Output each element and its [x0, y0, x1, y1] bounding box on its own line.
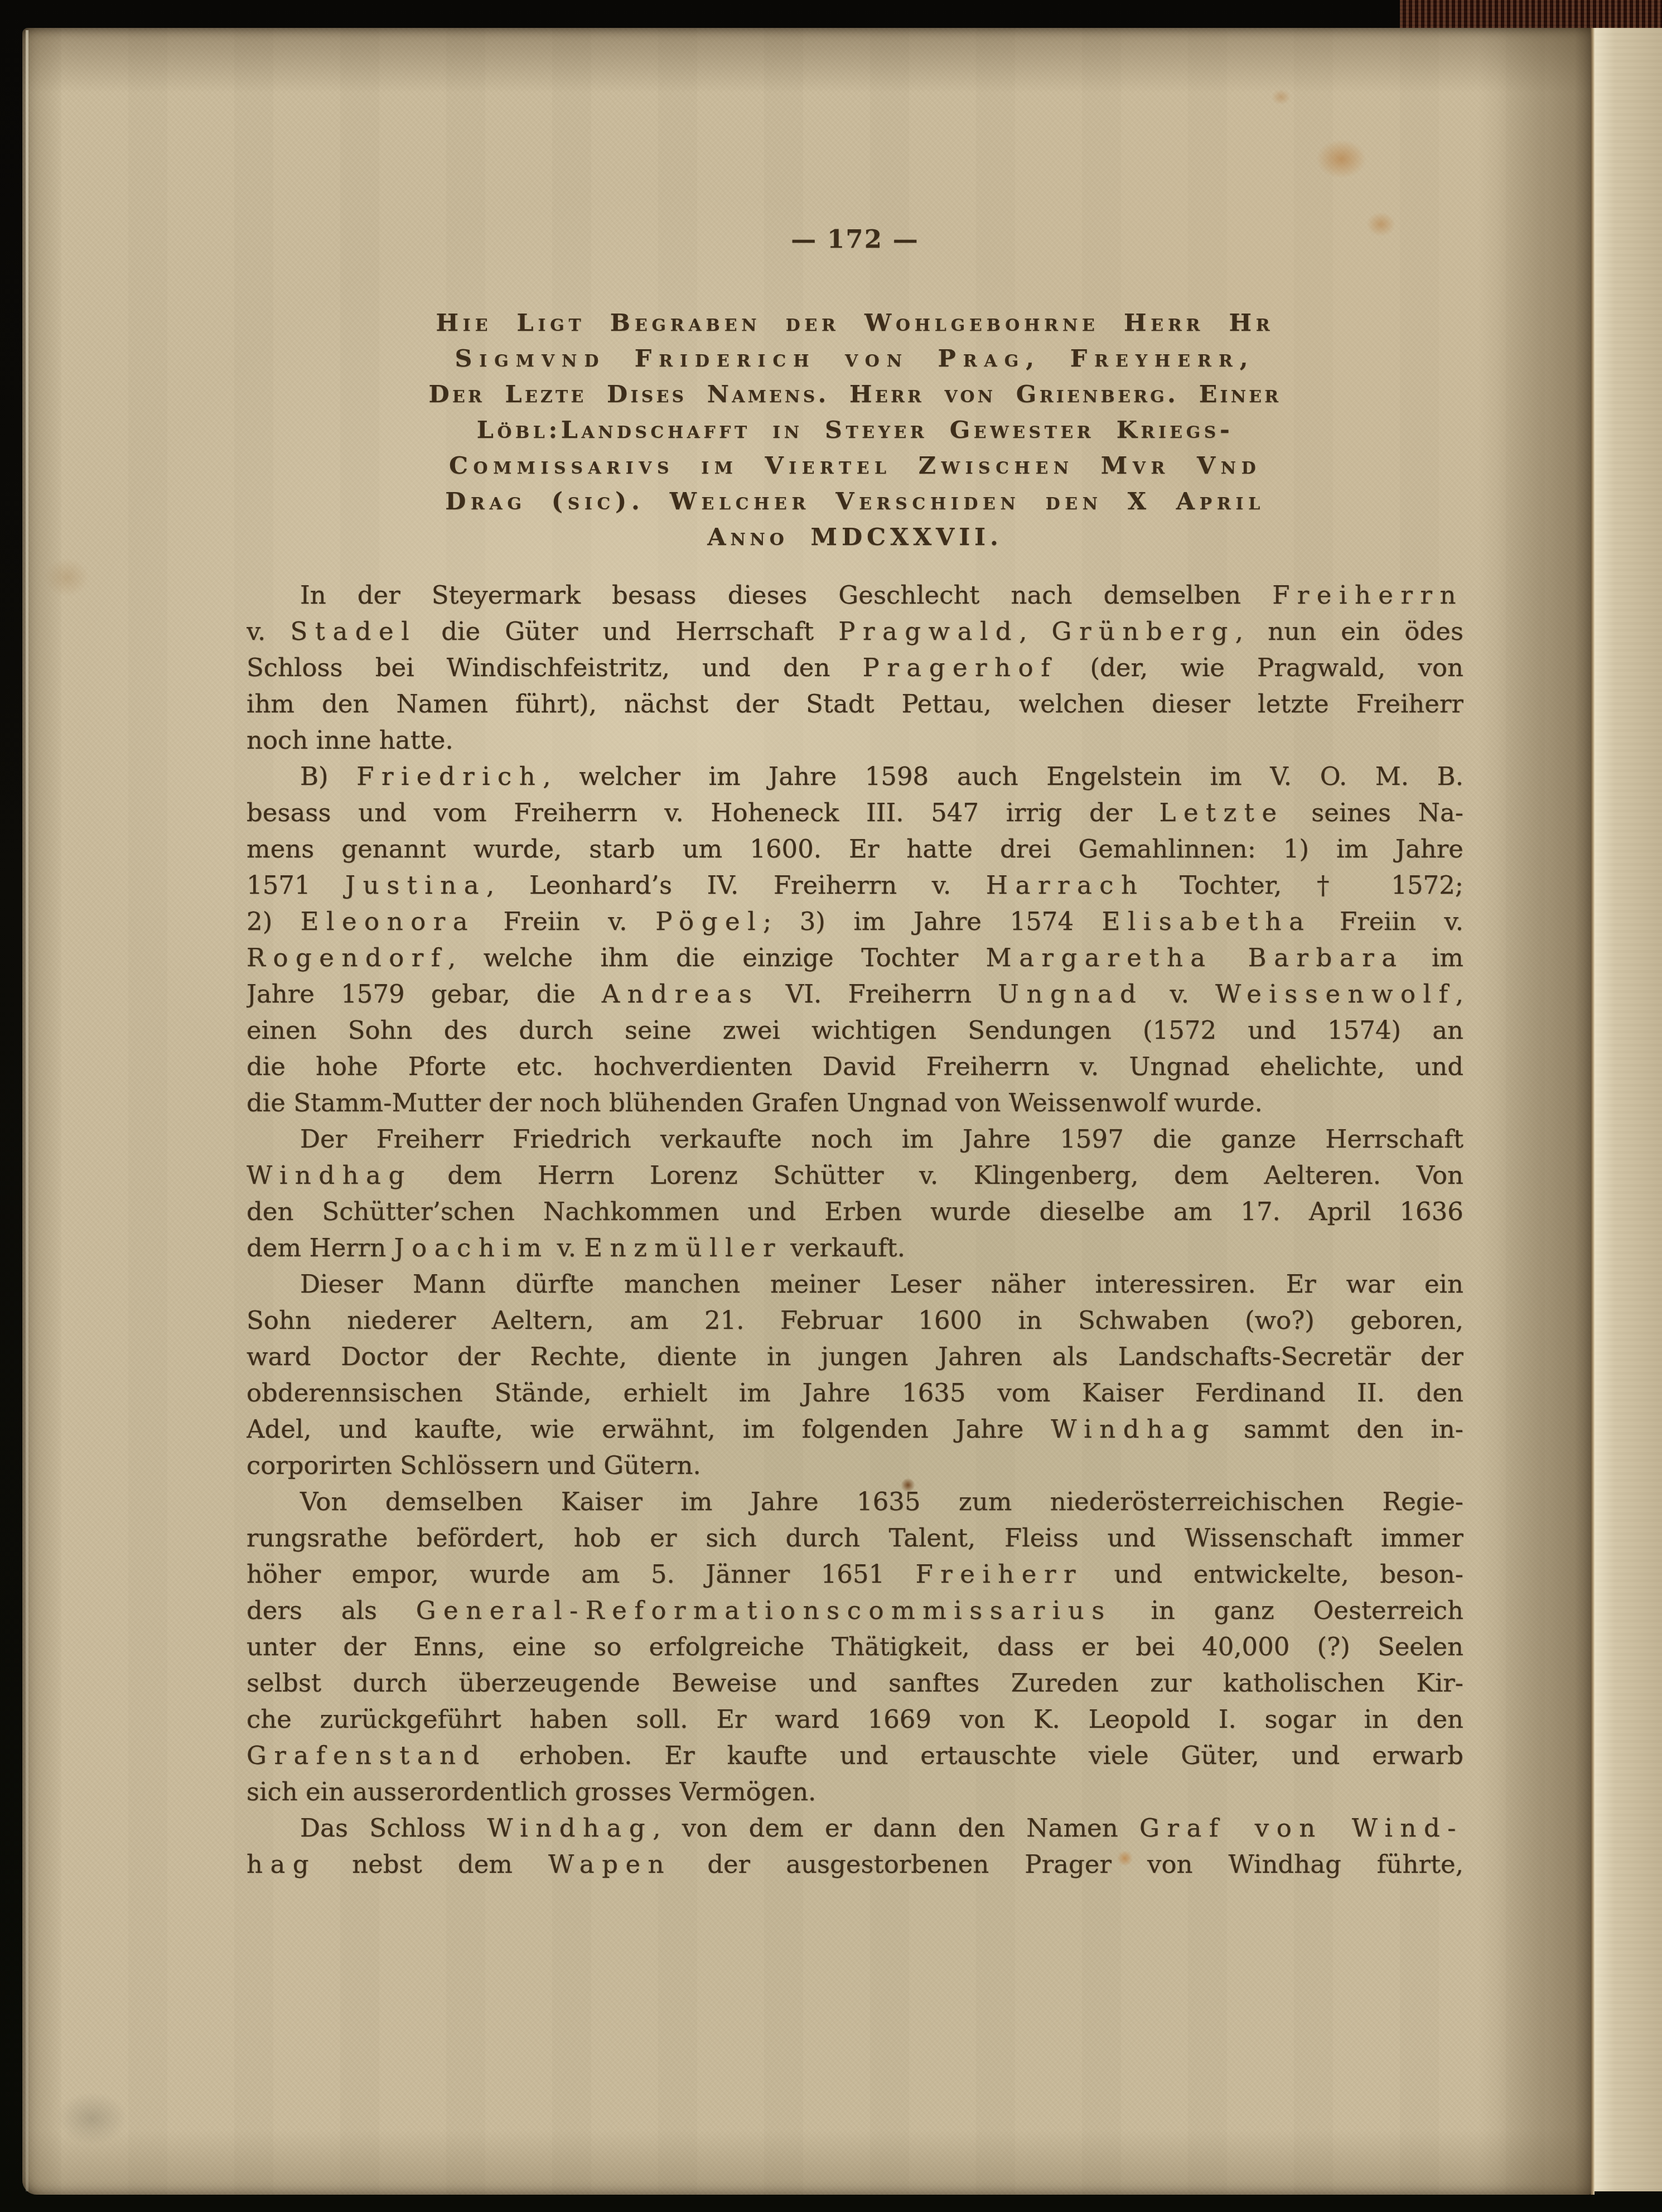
letterspaced-name: Rogendorf [247, 943, 448, 972]
text-run: B) [300, 762, 356, 791]
body-line: Dieser Mann dürfte manchen meiner Leser … [247, 1266, 1463, 1302]
text-run: sich ein ausserordentlich grosses Vermög… [247, 1777, 816, 1806]
epitaph-line: Anno MDCXXVII. [247, 519, 1463, 555]
body-line: höher empor, wurde am 5. Jänner 1651 Fre… [247, 1556, 1463, 1592]
body-text: In der Steyermark besass dieses Geschlec… [247, 577, 1463, 1882]
text-run: , [1019, 616, 1051, 646]
text-run: , Leonhard’s IV. Freiherrn v. [486, 870, 986, 900]
text-run: im [1404, 943, 1463, 972]
epitaph-line: Der Lezte Dises Namens. Herr von Grienbe… [247, 377, 1463, 412]
text-run: Von demselben Kaiser im Jahre 1635 zum n… [300, 1487, 1463, 1516]
epitaph-line: Sigmvnd Friderich von Prag, Freyherr, [247, 341, 1463, 377]
letterspaced-name: Friedrich [356, 762, 543, 791]
text-run: v. [247, 616, 291, 646]
body-line: noch inne hatte. [247, 722, 1463, 758]
letterspaced-name: Windhag [1051, 1414, 1216, 1444]
text-run: sammt den in- [1216, 1414, 1463, 1444]
body-paragraph: Von demselben Kaiser im Jahre 1635 zum n… [247, 1483, 1463, 1810]
body-line: B) Friedrich, welcher im Jahre 1598 auch… [247, 758, 1463, 794]
letterspaced-name: Graf von Wind- [1139, 1813, 1463, 1843]
body-line: dem Herrn Joachim v. Enzmüller verkauft. [247, 1230, 1463, 1266]
text-run: (der, wie Pragwald, von [1057, 653, 1463, 682]
book-scan: { "document": { "page_number": "— 172 —"… [0, 0, 1662, 2212]
page-number: — 172 — [247, 224, 1463, 254]
epitaph-line: Hie Ligt Begraben der Wohlgebohrne Herr … [247, 305, 1463, 341]
text-run: Freiin v. [1311, 907, 1463, 936]
text-run: erhoben. Er kaufte und ertauschte viele … [487, 1741, 1463, 1770]
body-line: v. Stadel die Güter und Herrschaft Pragw… [247, 613, 1463, 649]
letterspaced-name: Andreas [602, 979, 760, 1009]
text-run: 2) [247, 907, 301, 936]
text-run: die hohe Pforte etc. hochverdienten Davi… [247, 1052, 1463, 1081]
body-line: ihm den Namen führt), nächst der Stadt P… [247, 686, 1463, 722]
text-run: unter der Enns, eine so erfolgreiche Thä… [247, 1632, 1463, 1661]
body-paragraph: Dieser Mann dürfte manchen meiner Leser … [247, 1266, 1463, 1483]
body-line: die hohe Pforte etc. hochverdienten Davi… [247, 1048, 1463, 1085]
text-run: seines Na- [1284, 798, 1463, 827]
epitaph-heading: Hie Ligt Begraben der Wohlgebohrne Herr … [247, 305, 1463, 555]
body-line: In der Steyermark besass dieses Geschlec… [247, 577, 1463, 613]
text-run: Der Freiherr Friedrich verkaufte noch im… [300, 1124, 1463, 1154]
text-run: den Schütter’schen Nachkommen und Erben … [247, 1197, 1463, 1226]
text-run: nebst dem [316, 1849, 548, 1879]
epitaph-line: Löbl:Landschafft in Steyer Gewester Krie… [247, 412, 1463, 448]
body-line: mens genannt wurde, starb um 1600. Er ha… [247, 831, 1463, 867]
letterspaced-name: Freiherr [916, 1559, 1083, 1589]
text-run: v. [1143, 979, 1215, 1009]
body-line: Das Schloss Windhag, von dem er dann den… [247, 1810, 1463, 1846]
letterspaced-name: Grünberg [1052, 616, 1235, 646]
body-paragraph: Das Schloss Windhag, von dem er dann den… [247, 1810, 1463, 1882]
letterspaced-name: Weissenwolf [1215, 979, 1456, 1009]
letterspaced-name: Windhag [487, 1813, 653, 1843]
letterspaced-name: Elisabetha [1102, 907, 1312, 936]
text-run: rungsrathe befördert, hob er sich durch … [247, 1523, 1463, 1553]
letterspaced-name: Stadel [291, 616, 417, 646]
text-run: der ausgestorbenen Prager von Windhag fü… [671, 1849, 1463, 1879]
letterspaced-name: Ungnad [998, 979, 1143, 1009]
body-paragraph: In der Steyermark besass dieses Geschlec… [247, 577, 1463, 758]
body-line: corporirten Schlössern und Gütern. [247, 1447, 1463, 1483]
text-run: Tochter, † 1572; [1144, 870, 1463, 900]
text-run: che zurückgeführt haben soll. Er ward 16… [247, 1704, 1463, 1734]
text-run: dem Herrn [247, 1233, 394, 1262]
letterspaced-name: Margaretha Barbara [986, 943, 1404, 972]
text-run: und entwickelte, beson- [1083, 1559, 1463, 1589]
letterspaced-name: Enzmüller [584, 1233, 782, 1262]
text-run: , welcher im Jahre 1598 auch Engelstein … [543, 762, 1463, 791]
text-run: Freiin v. [475, 907, 655, 936]
text-run: mens genannt wurde, starb um 1600. Er ha… [247, 834, 1463, 864]
letterspaced-name: Pögel [655, 907, 763, 936]
body-line: unter der Enns, eine so erfolgreiche Thä… [247, 1628, 1463, 1665]
body-line: hag nebst dem Wapen der ausgestorbenen P… [247, 1846, 1463, 1882]
body-line: Schloss bei Windischfeistritz, und den P… [247, 649, 1463, 686]
body-line: che zurückgeführt haben soll. Er ward 16… [247, 1701, 1463, 1737]
text-run: die Güter und Herrschaft [417, 616, 838, 646]
text-run: 1571 [247, 870, 345, 900]
body-line: rungsrathe befördert, hob er sich durch … [247, 1520, 1463, 1556]
text-run: ; 3) im Jahre 1574 [763, 907, 1102, 936]
text-run: ward Doctor der Rechte, diente in jungen… [247, 1342, 1463, 1371]
letterspaced-name: Windhag [247, 1160, 412, 1190]
body-paragraph: B) Friedrich, welcher im Jahre 1598 auch… [247, 758, 1463, 1121]
letterspaced-name: hag [247, 1849, 316, 1879]
text-run: Schloss bei Windischfeistritz, und den [247, 653, 863, 682]
foxing-stain [45, 558, 89, 597]
body-line: 1571 Justina, Leonhard’s IV. Freiherrn v… [247, 867, 1463, 903]
smudge [56, 2092, 128, 2145]
letterspaced-name: Letzte [1159, 798, 1284, 827]
body-line: sich ein ausserordentlich grosses Vermög… [247, 1774, 1463, 1810]
body-paragraph: Der Freiherr Friedrich verkaufte noch im… [247, 1121, 1463, 1266]
text-run: VI. Freiherrn [760, 979, 998, 1009]
body-line: Adel, und kaufte, wie erwähnt, im folgen… [247, 1411, 1463, 1447]
letterspaced-name: General-Reformationscommissarius [416, 1596, 1112, 1625]
letterspaced-name: Wapen [548, 1849, 671, 1879]
page-content: — 172 — Hie Ligt Begraben der Wohlgebohr… [247, 28, 1463, 2195]
letterspaced-name: Harrach [986, 870, 1145, 900]
body-line: selbst durch überzeugende Beweise und sa… [247, 1665, 1463, 1701]
body-line: ders als General-Reformationscommissariu… [247, 1592, 1463, 1628]
scanned-page: — 172 — Hie Ligt Begraben der Wohlgebohr… [22, 28, 1591, 2195]
text-run: dem Herrn Lorenz Schütter v. Klingenberg… [412, 1160, 1463, 1190]
text-run: , von dem er dann den Namen [653, 1813, 1139, 1843]
text-run: Dieser Mann dürfte manchen meiner Leser … [300, 1269, 1463, 1299]
text-run: Jahre 1579 gebar, die [247, 979, 602, 1009]
text-run: , [1456, 979, 1463, 1009]
text-run: in ganz Oesterreich [1112, 1596, 1463, 1625]
text-run: obderennsischen Stände, erhielt im Jahre… [247, 1378, 1463, 1408]
letterspaced-name: Pragerhof [863, 653, 1058, 682]
epitaph-line: Drag (sic). Welcher Verschiden den X Apr… [247, 484, 1463, 519]
letterspaced-name: Joachim [394, 1233, 549, 1262]
text-run: die Stamm-Mutter der noch blühenden Graf… [247, 1088, 1263, 1117]
letterspaced-name: Grafenstand [247, 1741, 487, 1770]
text-run: Das Schloss [300, 1813, 487, 1843]
text-run: , welche ihm die einzige Tochter [448, 943, 986, 972]
text-run: einen Sohn des durch seine zwei wichtige… [247, 1015, 1463, 1045]
body-line: Grafenstand erhoben. Er kaufte und ertau… [247, 1737, 1463, 1774]
body-line: die Stamm-Mutter der noch blühenden Graf… [247, 1085, 1463, 1121]
text-run: ders als [247, 1596, 416, 1625]
body-line: obderennsischen Stände, erhielt im Jahre… [247, 1375, 1463, 1411]
text-run: selbst durch überzeugende Beweise und sa… [247, 1668, 1463, 1698]
text-run: Sohn niederer Aeltern, am 21. Februar 16… [247, 1305, 1463, 1335]
text-run: v. [549, 1233, 584, 1262]
text-run: In der Steyermark besass dieses Geschlec… [300, 580, 1272, 610]
text-run: noch inne hatte. [247, 725, 453, 755]
letterspaced-name: Eleonora [301, 907, 475, 936]
body-line: Windhag dem Herrn Lorenz Schütter v. Kli… [247, 1157, 1463, 1193]
book-cover-edge [1400, 0, 1662, 30]
letterspaced-name: Pragwald [838, 616, 1019, 646]
text-run: corporirten Schlössern und Gütern. [247, 1450, 701, 1480]
text-run: höher empor, wurde am 5. Jänner 1651 [247, 1559, 916, 1589]
epitaph-line: Commissarivs im Viertel Zwischen Mvr Vnd [247, 448, 1463, 484]
text-run: Adel, und kaufte, wie erwähnt, im folgen… [247, 1414, 1051, 1444]
letterspaced-name: Justina [345, 870, 486, 900]
text-run: verkauft. [782, 1233, 905, 1262]
body-line: einen Sohn des durch seine zwei wichtige… [247, 1012, 1463, 1048]
body-line: Sohn niederer Aeltern, am 21. Februar 16… [247, 1302, 1463, 1338]
body-line: Rogendorf, welche ihm die einzige Tochte… [247, 939, 1463, 976]
body-line: besass und vom Freiherrn v. Hoheneck III… [247, 794, 1463, 831]
text-run: , nun ein ödes [1235, 616, 1463, 646]
letterspaced-name: Freiherrn [1272, 580, 1463, 610]
page-crease [1591, 28, 1595, 2195]
body-line: ward Doctor der Rechte, diente in jungen… [247, 1338, 1463, 1375]
body-line: Der Freiherr Friedrich verkaufte noch im… [247, 1121, 1463, 1157]
gutter-shadow [1478, 28, 1591, 2195]
text-run: ihm den Namen führt), nächst der Stadt P… [247, 689, 1463, 719]
body-line: Von demselben Kaiser im Jahre 1635 zum n… [247, 1483, 1463, 1520]
body-line: 2) Eleonora Freiin v. Pögel; 3) im Jahre… [247, 903, 1463, 939]
body-line: den Schütter’schen Nachkommen und Erben … [247, 1193, 1463, 1230]
text-run: besass und vom Freiherrn v. Hoheneck III… [247, 798, 1159, 827]
body-line: Jahre 1579 gebar, die Andreas VI. Freihe… [247, 976, 1463, 1012]
adjacent-page-edge [1595, 28, 1662, 2191]
